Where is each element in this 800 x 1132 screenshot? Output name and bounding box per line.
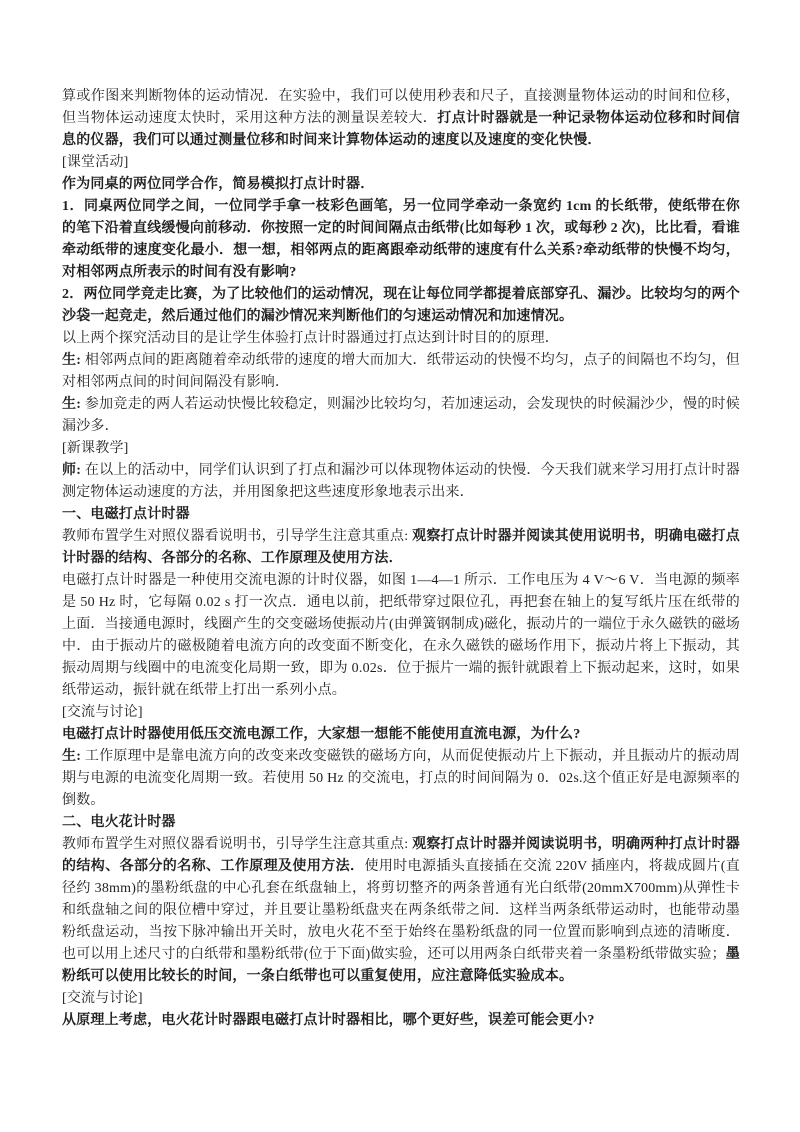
text-run: [交流与讨论] <box>62 991 143 1006</box>
text-run: [交流与讨论] <box>62 705 143 720</box>
paragraph: 1．同桌两位同学之间，一位同学手拿一枝彩色画笔，另一位同学牵动一条宽约 1cm … <box>62 196 740 284</box>
text-run: 2．两位同学竞走比赛，为了比较他们的运动情况，现在让每位同学都提着底部穿孔、漏沙… <box>62 287 740 324</box>
text-run: 从原理上考虑，电火花计时器跟电磁打点计时器相比，哪个更好些，误差可能会更小? <box>62 1013 595 1028</box>
paragraph: 生: 相邻两点间的距离随着牵动纸带的速度的增大而加大．纸带运动的快慢不均匀，点子… <box>62 350 740 394</box>
text-run: 教师布置学生对照仪器看说明书，引导学生注意其重点: <box>62 529 412 544</box>
paragraph: [课堂活动] <box>62 152 740 174</box>
text-run: 生: <box>62 353 85 368</box>
text-run: [新课教学] <box>62 441 129 456</box>
text-run: 生: <box>62 397 85 412</box>
text-run: 师: <box>62 463 85 478</box>
text-run: 作为同桌的两位同学合作，简易模拟打点计时器． <box>62 177 374 192</box>
text-run: 相邻两点间的距离随着牵动纸带的速度的增大而加大．纸带运动的快慢不均匀，点子的间隔… <box>62 353 740 390</box>
paragraph: 生: 参加竞走的两人若运动快慢比较稳定，则漏沙比较均匀，若加速运动，会发现快的时… <box>62 394 740 438</box>
paragraph: 作为同桌的两位同学合作，简易模拟打点计时器． <box>62 174 740 196</box>
text-run: 教师布置学生对照仪器看说明书，引导学生注意其重点: <box>62 837 412 852</box>
text-run: 以上两个探究活动目的是让学生体验打点计时器通过打点达到计时目的的原理． <box>62 331 559 346</box>
paragraph: [交流与讨论] <box>62 988 740 1010</box>
text-run: 电磁打点计时器使用低压交流电源工作，大家想一想能不能使用直流电源，为什么? <box>62 727 580 742</box>
paragraph: 算或作图来判断物体的运动情况．在实验中，我们可以使用秒表和尺子，直接测量物体运动… <box>62 86 740 152</box>
paragraph: 以上两个探究活动目的是让学生体验打点计时器通过打点达到计时目的的原理． <box>62 328 740 350</box>
text-run: 电磁打点计时器是一种使用交流电源的计时仪器，如图 1—4—1 所示．工作电压为 … <box>62 573 740 698</box>
paragraph: 电磁打点计时器使用低压交流电源工作，大家想一想能不能使用直流电源，为什么? <box>62 724 740 746</box>
text-run: 参加竞走的两人若运动快慢比较稳定，则漏沙比较均匀，若加速运动，会发现快的时候漏沙… <box>62 397 740 434</box>
paragraph: [交流与讨论] <box>62 702 740 724</box>
document-page: 算或作图来判断物体的运动情况．在实验中，我们可以使用秒表和尺子，直接测量物体运动… <box>0 0 800 1132</box>
paragraph: 生: 工作原理中是靠电流方向的改变来改变磁铁的磁场方向，从而促使振动片上下振动，… <box>62 746 740 812</box>
paragraph: 教师布置学生对照仪器看说明书，引导学生注意其重点: 观察打点计时器并阅读其使用说… <box>62 526 740 570</box>
paragraph: 一、电磁打点计时器 <box>62 504 740 526</box>
paragraph: 教师布置学生对照仪器看说明书，引导学生注意其重点: 观察打点计时器并阅读说明书，… <box>62 834 740 988</box>
paragraph: 师: 在以上的活动中，同学们认识到了打点和漏沙可以体现物体运动的快慢．今天我们就… <box>62 460 740 504</box>
text-run: 在以上的活动中，同学们认识到了打点和漏沙可以体现物体运动的快慢．今天我们就来学习… <box>62 463 740 500</box>
paragraph: 二、电火花计时器 <box>62 812 740 834</box>
paragraph: 电磁打点计时器是一种使用交流电源的计时仪器，如图 1—4—1 所示．工作电压为 … <box>62 570 740 702</box>
document-body: 算或作图来判断物体的运动情况．在实验中，我们可以使用秒表和尺子，直接测量物体运动… <box>62 86 740 1032</box>
text-run: 一、电磁打点计时器 <box>62 507 190 522</box>
text-run: 二、电火花计时器 <box>62 815 176 830</box>
paragraph: 从原理上考虑，电火花计时器跟电磁打点计时器相比，哪个更好些，误差可能会更小? <box>62 1010 740 1032</box>
text-run: [课堂活动] <box>62 155 129 170</box>
paragraph: 2．两位同学竞走比赛，为了比较他们的运动情况，现在让每位同学都提着底部穿孔、漏沙… <box>62 284 740 328</box>
text-run: 使用时电源插头直接插在交流 220V 插座内，将裁成圆片(直径约 38mm)的墨… <box>62 859 740 962</box>
text-run: 1．同桌两位同学之间，一位同学手拿一枝彩色画笔，另一位同学牵动一条宽约 1cm … <box>62 199 740 280</box>
paragraph: [新课教学] <box>62 438 740 460</box>
text-run: 生: <box>62 749 85 764</box>
text-run: 工作原理中是靠电流方向的改变来改变磁铁的磁场方向，从而促使振动片上下振动，并且振… <box>62 749 740 808</box>
